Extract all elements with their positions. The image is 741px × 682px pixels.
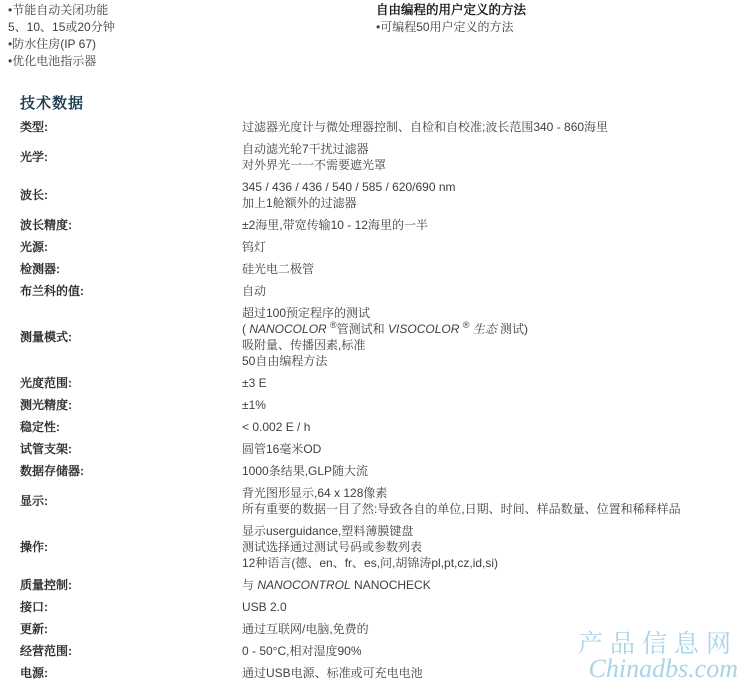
spec-line: 对外界光一一不需要遮光罩 xyxy=(242,157,732,173)
spec-row: 稳定性:< 0.002 E / h xyxy=(20,419,732,435)
spec-line: 通过USB电源、标准或可充电电池 xyxy=(242,665,732,681)
spec-value: 通过USB电源、标准或可充电电池 xyxy=(242,665,732,681)
spec-label: 光源: xyxy=(20,239,242,255)
spec-line: ( NANOCOLOR ®管测试和 VISOCOLOR ® 生态 测试) xyxy=(242,321,732,337)
spec-value: 自动滤光轮7干扰过滤器对外界光一一不需要遮光罩 xyxy=(242,141,732,173)
feature-item: •防水住房(IP 67) xyxy=(8,36,115,53)
spec-value: 显示userguidance,塑料薄膜键盘测试选择通过测试号码或参数列表12种语… xyxy=(242,523,732,571)
spec-row: 波长:345 / 436 / 436 / 540 / 585 / 620/690… xyxy=(20,179,732,211)
spec-label: 光学: xyxy=(20,149,242,165)
spec-value: 钨灯 xyxy=(242,239,732,255)
spec-line: 自动滤光轮7干扰过滤器 xyxy=(242,141,732,157)
spec-row: 光度范围:±3 E xyxy=(20,375,732,391)
spec-value: 硅光电二极管 xyxy=(242,261,732,277)
feature-item: •优化电池指示器 xyxy=(8,53,115,70)
feature-list-left: •节能自动关闭功能5、10、15或20分钟•防水住房(IP 67)•优化电池指示… xyxy=(8,2,115,70)
spec-label: 显示: xyxy=(20,493,242,509)
spec-label: 检测器: xyxy=(20,261,242,277)
section-title: 技术数据 xyxy=(20,92,84,113)
feature-item: 5、10、15或20分钟 xyxy=(8,19,115,36)
spec-value: 背光图形显示,64 x 128像素所有重要的数据一目了然:导致各自的单位,日期、… xyxy=(242,485,732,517)
spec-line: < 0.002 E / h xyxy=(242,419,732,435)
spec-value: 0 - 50°C,相对湿度90% xyxy=(242,643,732,659)
spec-value: 圆管16毫米OD xyxy=(242,441,732,457)
spec-line: 0 - 50°C,相对湿度90% xyxy=(242,643,732,659)
spec-line: USB 2.0 xyxy=(242,599,732,615)
spec-label: 接口: xyxy=(20,599,242,615)
spec-label: 电源: xyxy=(20,665,242,681)
spec-line: 圆管16毫米OD xyxy=(242,441,732,457)
spec-line: 测试选择通过测试号码或参数列表 xyxy=(242,539,732,555)
spec-table: 类型:过滤器光度计与微处理器控制、自检和自校准;波长范围340 - 860海里光… xyxy=(20,119,732,682)
spec-value: ±3 E xyxy=(242,375,732,391)
spec-line: 12种语言(德、en、fr、es,问,胡锦涛pl,pt,cz,id,si) xyxy=(242,555,732,571)
spec-label: 测光精度: xyxy=(20,397,242,413)
spec-row: 布兰科的值:自动 xyxy=(20,283,732,299)
spec-row: 质量控制:与 NANOCONTROL NANOCHECK xyxy=(20,577,732,593)
feature-item: •可编程50用户定义的方法 xyxy=(376,19,526,36)
spec-value: 自动 xyxy=(242,283,732,299)
spec-line: 钨灯 xyxy=(242,239,732,255)
spec-line: 50自由编程方法 xyxy=(242,353,732,369)
feature-item: •节能自动关闭功能 xyxy=(8,2,115,19)
spec-label: 稳定性: xyxy=(20,419,242,435)
spec-row: 显示:背光图形显示,64 x 128像素所有重要的数据一目了然:导致各自的单位,… xyxy=(20,485,732,517)
spec-line: 1000条结果,GLP随大流 xyxy=(242,463,732,479)
spec-row: 光学:自动滤光轮7干扰过滤器对外界光一一不需要遮光罩 xyxy=(20,141,732,173)
programmable-methods-block: 自由编程的用户定义的方法 •可编程50用户定义的方法 xyxy=(376,2,526,36)
spec-label: 类型: xyxy=(20,119,242,135)
spec-value: USB 2.0 xyxy=(242,599,732,615)
spec-line: 背光图形显示,64 x 128像素 xyxy=(242,485,732,501)
spec-row: 类型:过滤器光度计与微处理器控制、自检和自校准;波长范围340 - 860海里 xyxy=(20,119,732,135)
spec-label: 波长: xyxy=(20,187,242,203)
spec-row: 更新:通过互联网/电脑,免费的 xyxy=(20,621,732,637)
spec-label: 布兰科的值: xyxy=(20,283,242,299)
spec-line: ±3 E xyxy=(242,375,732,391)
spec-row: 接口:USB 2.0 xyxy=(20,599,732,615)
spec-value: 过滤器光度计与微处理器控制、自检和自校准;波长范围340 - 860海里 xyxy=(242,119,732,135)
spec-value: ±2海里,带宽传输10 - 12海里的一半 xyxy=(242,217,732,233)
spec-label: 更新: xyxy=(20,621,242,637)
programmable-methods-heading: 自由编程的用户定义的方法 xyxy=(376,2,526,19)
spec-line: 过滤器光度计与微处理器控制、自检和自校准;波长范围340 - 860海里 xyxy=(242,119,732,135)
spec-row: 试管支架:圆管16毫米OD xyxy=(20,441,732,457)
spec-label: 测量模式: xyxy=(20,329,242,345)
spec-line: 与 NANOCONTROL NANOCHECK xyxy=(242,577,732,593)
spec-label: 光度范围: xyxy=(20,375,242,391)
spec-value: 通过互联网/电脑,免费的 xyxy=(242,621,732,637)
spec-line: 345 / 436 / 436 / 540 / 585 / 620/690 nm xyxy=(242,179,732,195)
spec-line: 加上1舱额外的过滤器 xyxy=(242,195,732,211)
spec-label: 试管支架: xyxy=(20,441,242,457)
top-area: •节能自动关闭功能5、10、15或20分钟•防水住房(IP 67)•优化电池指示… xyxy=(0,2,741,88)
spec-row: 经营范围:0 - 50°C,相对湿度90% xyxy=(20,643,732,659)
spec-value: 1000条结果,GLP随大流 xyxy=(242,463,732,479)
spec-row: 光源:钨灯 xyxy=(20,239,732,255)
spec-row: 检测器:硅光电二极管 xyxy=(20,261,732,277)
spec-label: 经营范围: xyxy=(20,643,242,659)
spec-value: 345 / 436 / 436 / 540 / 585 / 620/690 nm… xyxy=(242,179,732,211)
spec-row: 测量模式:超过100预定程序的测试( NANOCOLOR ®管测试和 VISOC… xyxy=(20,305,732,369)
spec-row: 电源:通过USB电源、标准或可充电电池 xyxy=(20,665,732,681)
spec-line: 超过100预定程序的测试 xyxy=(242,305,732,321)
spec-label: 波长精度: xyxy=(20,217,242,233)
spec-line: 吸附量、传播因素,标准 xyxy=(242,337,732,353)
spec-line: 硅光电二极管 xyxy=(242,261,732,277)
spec-line: 自动 xyxy=(242,283,732,299)
spec-label: 质量控制: xyxy=(20,577,242,593)
spec-value: ±1% xyxy=(242,397,732,413)
feature-list-right: •可编程50用户定义的方法 xyxy=(376,19,526,36)
spec-line: ±1% xyxy=(242,397,732,413)
spec-row: 波长精度:±2海里,带宽传输10 - 12海里的一半 xyxy=(20,217,732,233)
spec-row: 测光精度:±1% xyxy=(20,397,732,413)
spec-value: 超过100预定程序的测试( NANOCOLOR ®管测试和 VISOCOLOR … xyxy=(242,305,732,369)
spec-line: ±2海里,带宽传输10 - 12海里的一半 xyxy=(242,217,732,233)
spec-line: 通过互联网/电脑,免费的 xyxy=(242,621,732,637)
spec-value: < 0.002 E / h xyxy=(242,419,732,435)
spec-row: 数据存储器:1000条结果,GLP随大流 xyxy=(20,463,732,479)
spec-label: 数据存储器: xyxy=(20,463,242,479)
spec-value: 与 NANOCONTROL NANOCHECK xyxy=(242,577,732,593)
spec-line: 显示userguidance,塑料薄膜键盘 xyxy=(242,523,732,539)
spec-row: 操作:显示userguidance,塑料薄膜键盘测试选择通过测试号码或参数列表1… xyxy=(20,523,732,571)
page: { "top": { "left_features": [ "•节能自动关闭功能… xyxy=(0,0,741,682)
spec-label: 操作: xyxy=(20,539,242,555)
spec-line: 所有重要的数据一目了然:导致各自的单位,日期、时间、样品数量、位置和稀释样品 xyxy=(242,501,732,517)
